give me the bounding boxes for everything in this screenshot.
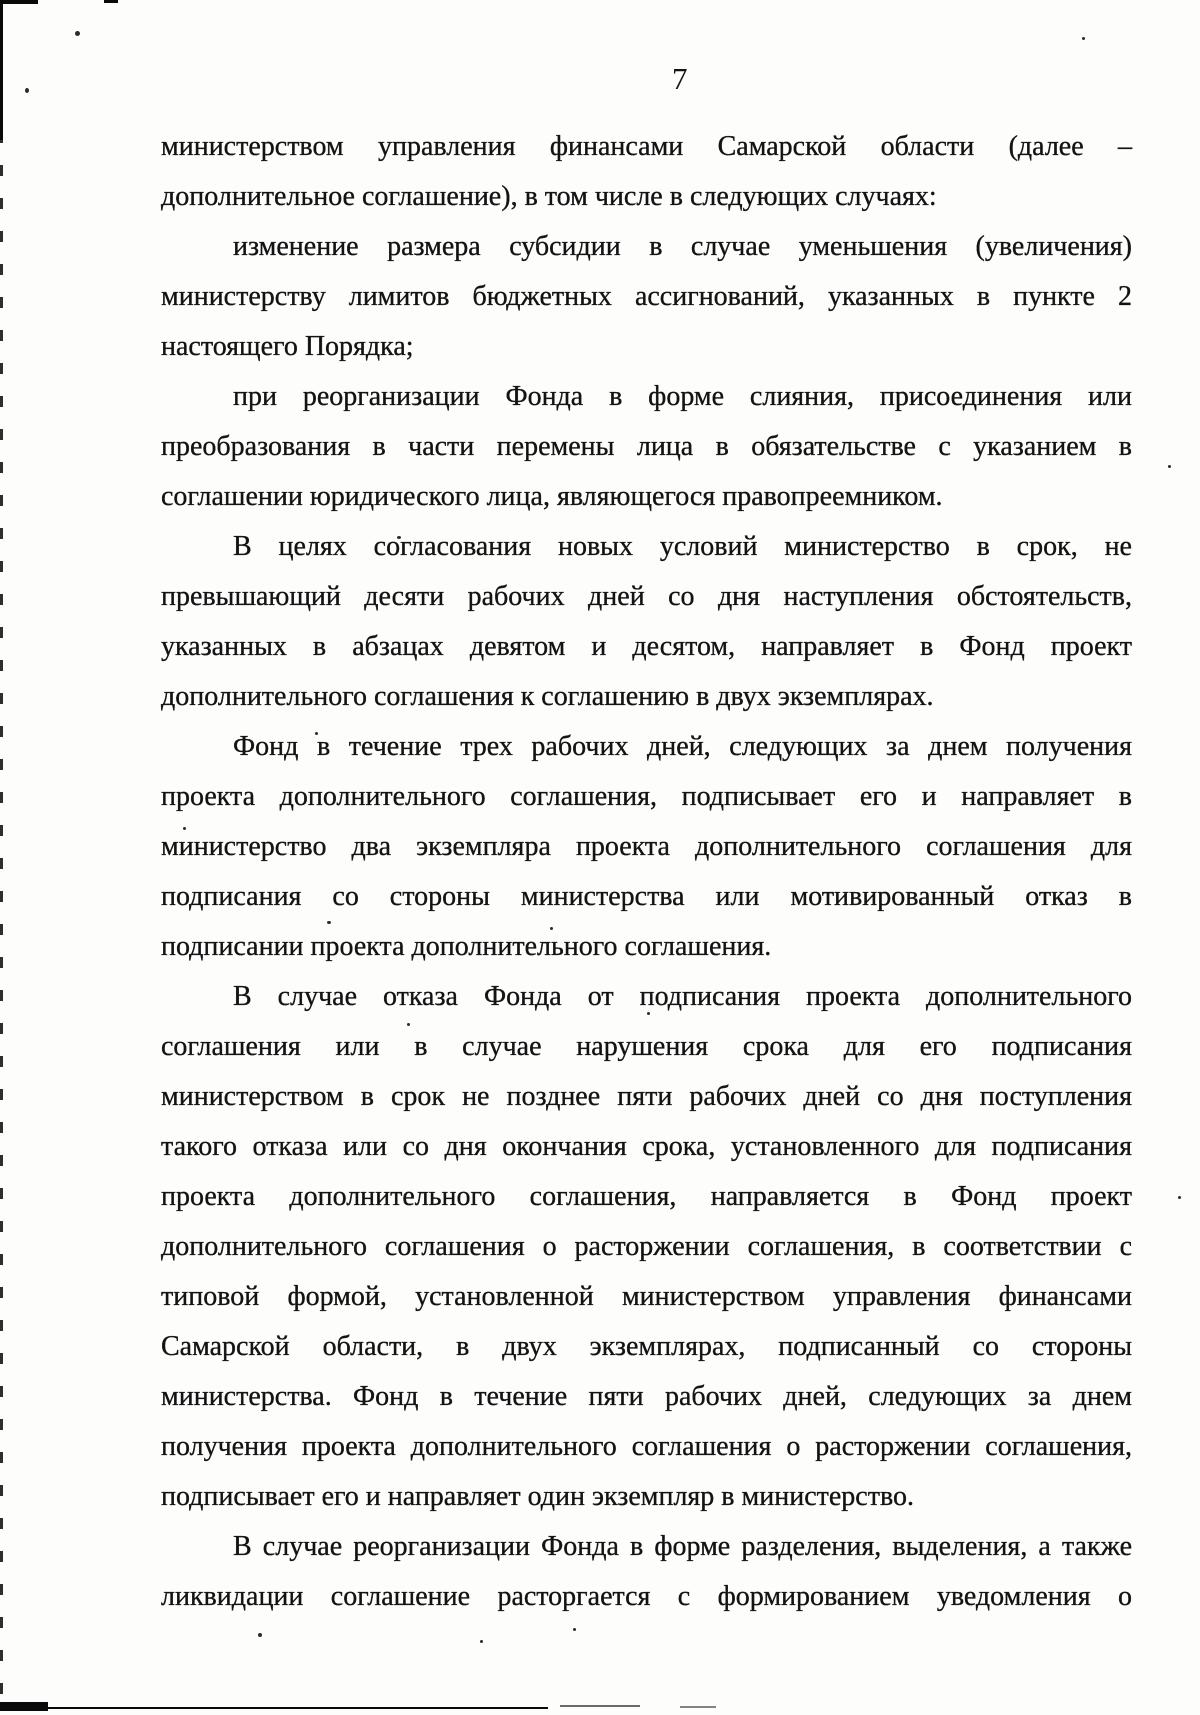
text-line: проекта дополнительного соглашения, подп… [161, 772, 1132, 822]
text-line: настоящего Порядка; [161, 322, 1132, 372]
scan-speck [550, 927, 553, 930]
scan-speck [1168, 465, 1171, 468]
text-line: В целях согласования новых условий минис… [161, 522, 1132, 572]
text-line: Самарской области, в двух экземплярах, п… [161, 1322, 1132, 1372]
text-line: Фонд в течение трех рабочих дней, следую… [161, 722, 1132, 772]
scan-artifact-left-edge-dashes [0, 0, 3, 1715]
text-line: проекта дополнительного соглашения, напр… [161, 1172, 1132, 1222]
scan-artifact-bottom-dash-2 [680, 1706, 716, 1708]
text-line: министерством управления финансами Самар… [161, 122, 1132, 172]
text-line: министерство два экземпляра проекта допо… [161, 822, 1132, 872]
scan-speck [315, 732, 318, 735]
text-line: подписании проекта дополнительного согла… [161, 922, 1132, 972]
text-line: получения проекта дополнительного соглаш… [161, 1422, 1132, 1472]
scan-speck [480, 1640, 483, 1643]
text-line: подписания со стороны министерства или м… [161, 872, 1132, 922]
scan-speck [397, 536, 401, 539]
text-line: изменение размера субсидии в случае умен… [161, 222, 1132, 272]
scan-speck [1178, 1196, 1181, 1199]
scan-speck [647, 1012, 650, 1015]
text-line: ликвидации соглашение расторгается с фор… [161, 1572, 1132, 1622]
text-line: преобразования в части перемены лица в о… [161, 422, 1132, 472]
document-body: министерством управления финансами Самар… [161, 122, 1132, 1622]
scan-speck [407, 1023, 410, 1026]
scan-artifact-left-edge-solid [0, 0, 3, 140]
scan-artifact-bottom-line [48, 1707, 548, 1709]
scan-speck [75, 31, 80, 36]
text-line: В случае реорганизации Фонда в форме раз… [161, 1522, 1132, 1572]
scan-speck [327, 921, 331, 924]
text-line: подписывает его и направляет один экземп… [161, 1472, 1132, 1522]
scan-artifact-top-tick [0, 0, 38, 4]
page-number: 7 [672, 62, 688, 96]
text-line: дополнительного соглашения о расторжении… [161, 1222, 1132, 1272]
scan-speck [25, 88, 29, 93]
text-line: соглашения или в случае нарушения срока … [161, 1022, 1132, 1072]
text-line: министерства. Фонд в течение пяти рабочи… [161, 1372, 1132, 1422]
scan-speck [258, 1633, 262, 1637]
text-line: такого отказа или со дня окончания срока… [161, 1122, 1132, 1172]
scan-speck [573, 1628, 576, 1631]
text-line: министерству лимитов бюджетных ассигнова… [161, 272, 1132, 322]
text-line: соглашении юридического лица, являющегос… [161, 472, 1132, 522]
document-page: 7 министерством управления финансами Сам… [0, 0, 1200, 1715]
text-line: дополнительное соглашение), в том числе … [161, 172, 1132, 222]
text-line: превышающий десяти рабочих дней со дня н… [161, 572, 1132, 622]
scan-artifact-top-tick-2 [104, 0, 118, 3]
text-line: типовой формой, установленной министерст… [161, 1272, 1132, 1322]
scan-speck [183, 827, 186, 830]
scan-artifact-bottom-bar [0, 1702, 48, 1711]
text-line: при реорганизации Фонда в форме слияния,… [161, 372, 1132, 422]
text-line: дополнительного соглашения к соглашению … [161, 672, 1132, 722]
scan-speck [1082, 37, 1085, 40]
scan-speck [536, 245, 539, 248]
text-line: указанных в абзацах девятом и десятом, н… [161, 622, 1132, 672]
scan-artifact-bottom-dash [560, 1705, 640, 1707]
text-line: министерством в срок не позднее пяти раб… [161, 1072, 1132, 1122]
